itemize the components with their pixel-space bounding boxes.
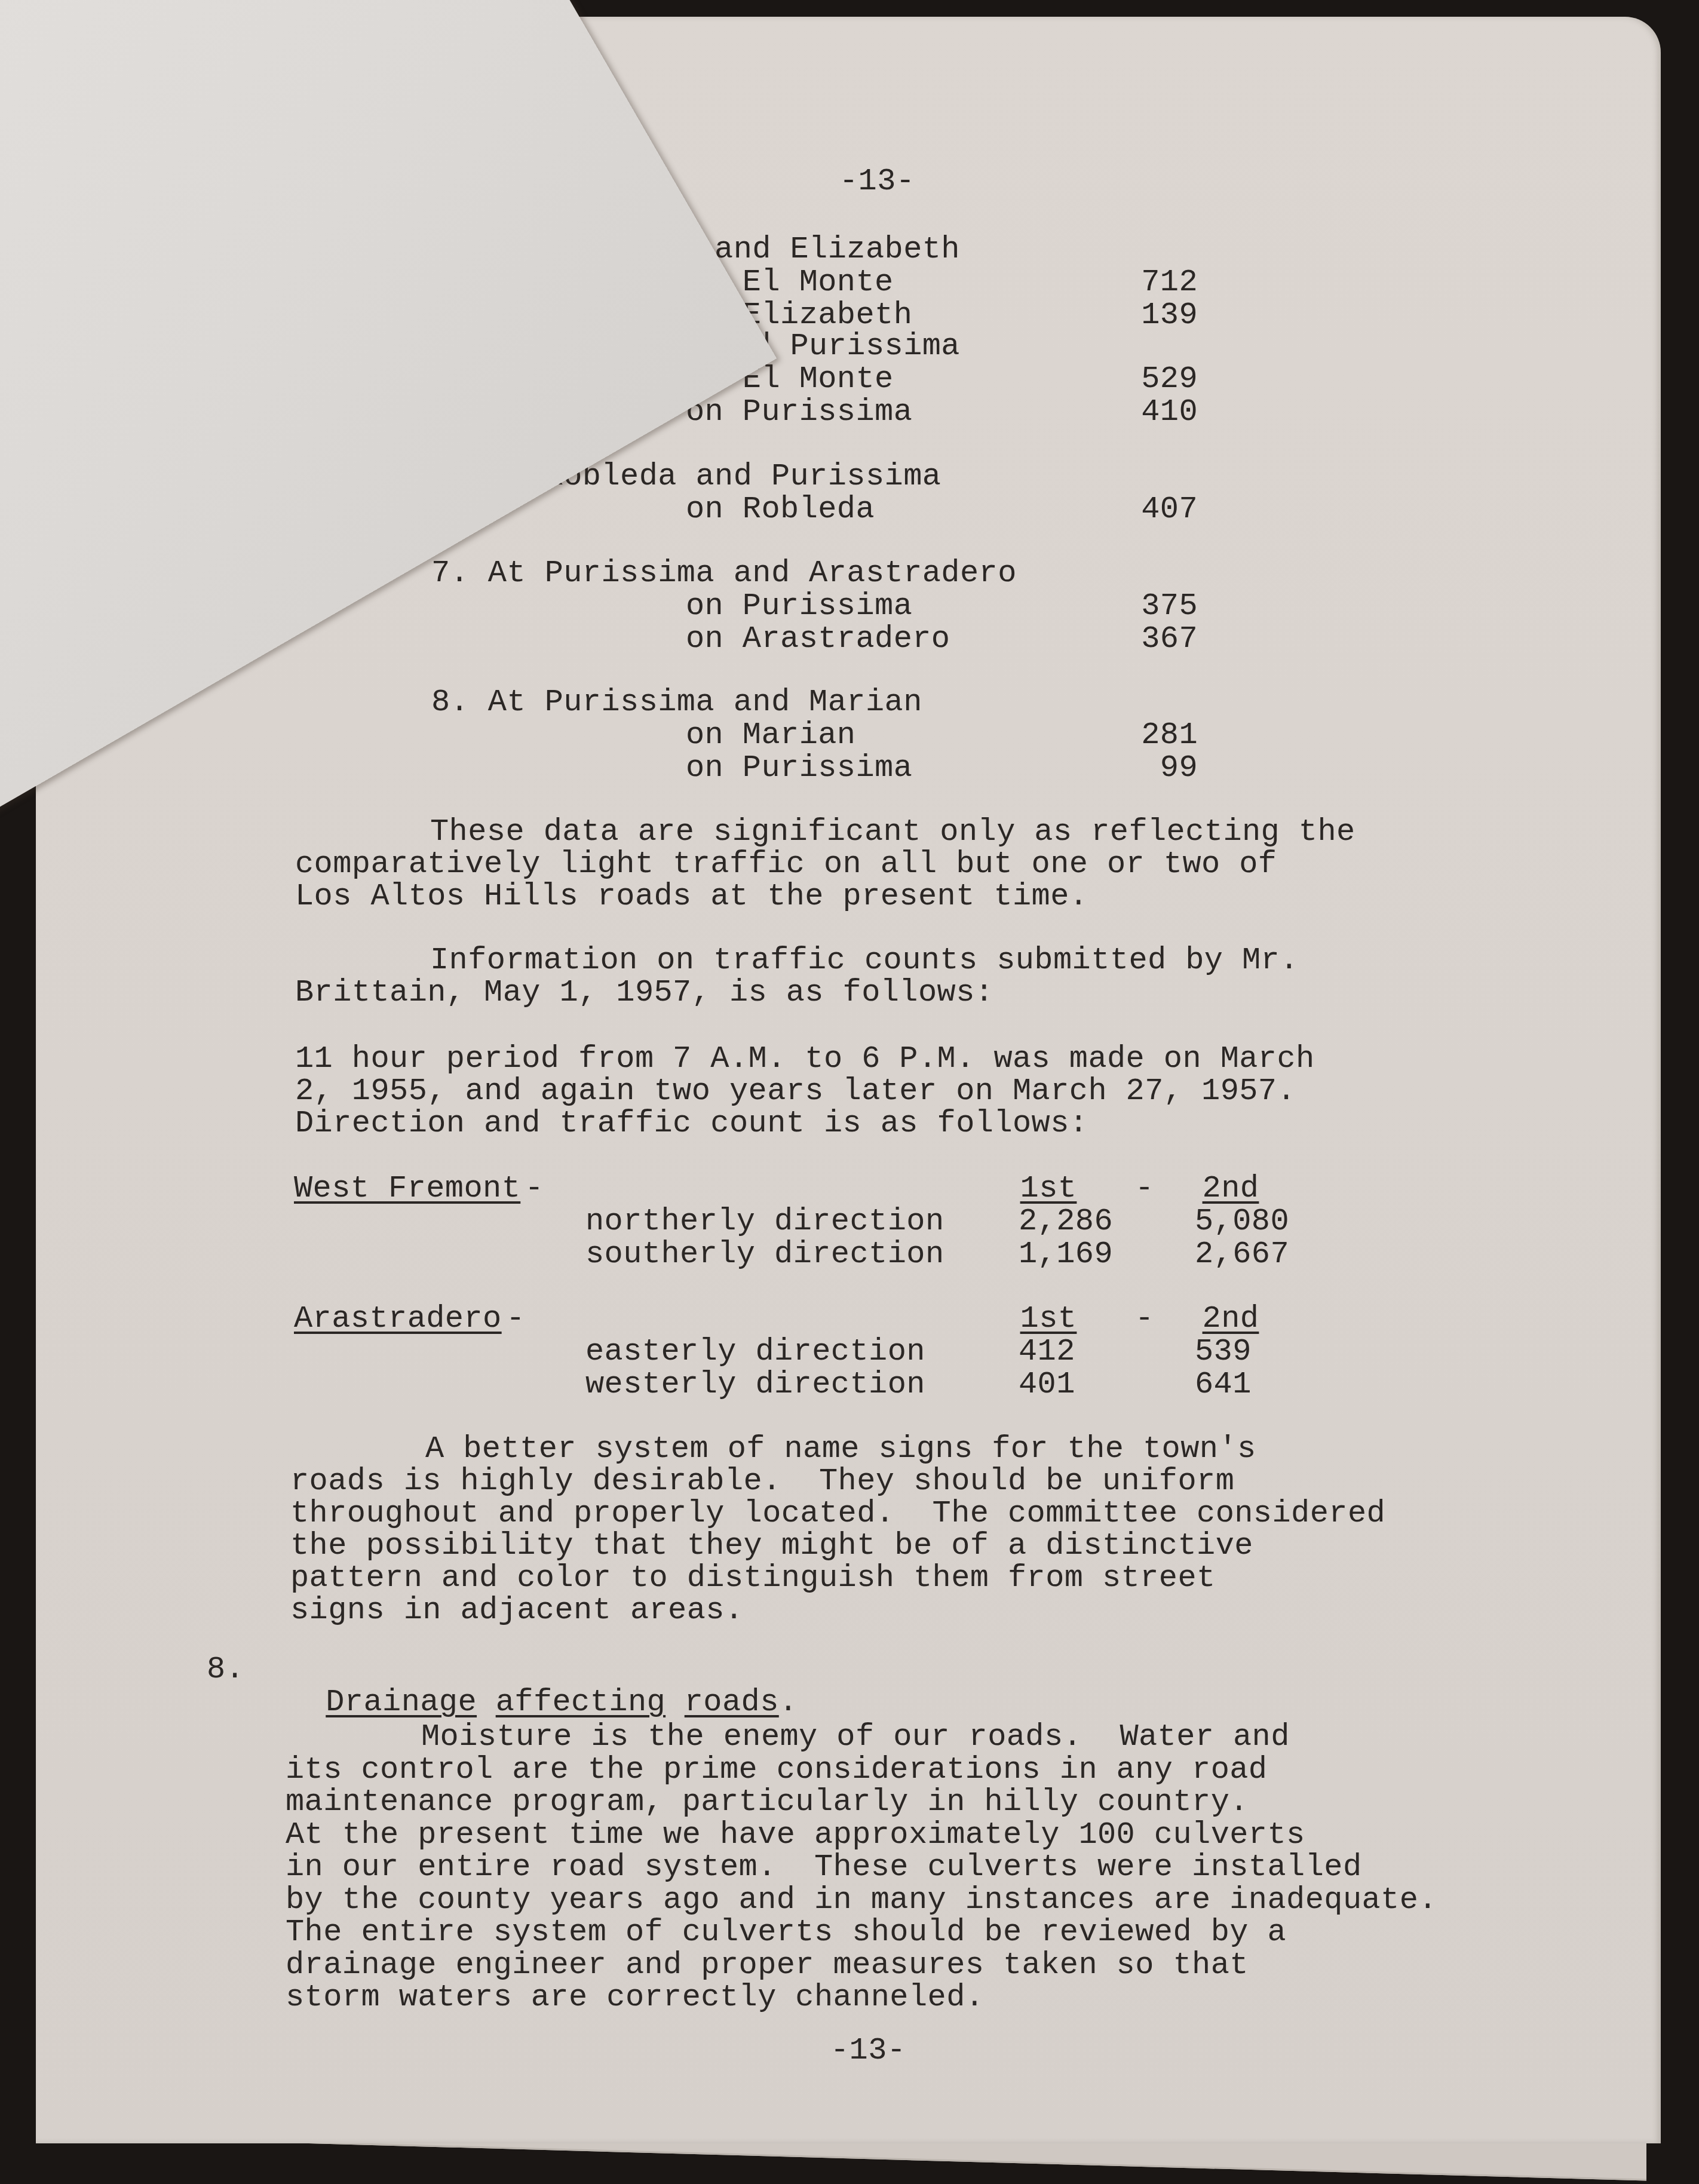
table-direction: westerly direction <box>585 1368 925 1401</box>
count-period-line: Direction and traffic count is as follow… <box>295 1107 1088 1140</box>
table-first-count: 1,169 <box>1019 1238 1113 1271</box>
table-col-1st-header: 1st <box>992 1302 1105 1335</box>
significance-line: comparatively light traffic on all but o… <box>295 848 1277 881</box>
count-value: 99 <box>1078 751 1198 784</box>
table-road-name: Arastradero <box>294 1302 502 1335</box>
count-value: 375 <box>1078 590 1198 622</box>
table-road-dash: - <box>506 1302 525 1335</box>
drainage-line: drainage engineer and proper measures ta… <box>286 1949 1249 1981</box>
count-value: 712 <box>1078 266 1198 299</box>
name-signs-line: signs in adjacent areas. <box>290 1594 744 1627</box>
traffic-info-line: Information on traffic counts submitted … <box>430 944 1299 977</box>
significance-line: Los Altos Hills roads at the present tim… <box>295 880 1088 913</box>
section-8-title-word-3: roads <box>685 1685 779 1720</box>
count-value: 410 <box>1078 395 1198 428</box>
count-value: 529 <box>1078 363 1198 395</box>
traffic-info-line: Brittain, May 1, 1957, is as follows: <box>295 976 993 1009</box>
count-road: on Purissima <box>686 590 912 622</box>
table-col-2nd-header: 2nd <box>1174 1172 1287 1205</box>
count-value: 367 <box>1078 622 1198 655</box>
table-col-2nd-header: 2nd <box>1174 1302 1287 1335</box>
drainage-line: maintenance program, particularly in hil… <box>286 1786 1249 1818</box>
drainage-line: its control are the prime considerations… <box>286 1753 1267 1786</box>
table-col-separator: - <box>1135 1302 1154 1335</box>
table-road-name: West Fremont <box>294 1172 520 1205</box>
name-signs-line: throughout and properly located. The com… <box>290 1497 1385 1530</box>
table-col-1st-header: 1st <box>992 1172 1105 1205</box>
intersection-label: 7. At Purissima and Arastradero <box>431 557 1017 590</box>
table-first-count: 401 <box>1019 1368 1075 1401</box>
name-signs-line: the possibility that they might be of a … <box>290 1529 1253 1562</box>
section-8-title-word-2: affecting <box>496 1685 666 1720</box>
drainage-line: by the county years ago and in many inst… <box>286 1884 1437 1916</box>
count-value: 281 <box>1078 719 1198 751</box>
significance-line: These data are significant only as refle… <box>430 815 1355 848</box>
name-signs-line: roads is highly desirable. They should b… <box>290 1465 1234 1498</box>
table-direction: southerly direction <box>585 1238 944 1271</box>
table-second-count: 539 <box>1195 1335 1252 1368</box>
table-direction: easterly direction <box>585 1335 925 1368</box>
table-second-count: 2,667 <box>1195 1238 1289 1271</box>
count-road: on Robleda <box>686 493 875 526</box>
section-8-title-word-1: Drainage <box>326 1685 477 1720</box>
drainage-line: in our entire road system. These culvert… <box>286 1851 1362 1884</box>
drainage-line: storm waters are correctly channeled. <box>286 1981 984 2014</box>
count-road: on Purissima <box>686 751 912 784</box>
table-direction: northerly direction <box>585 1205 944 1238</box>
drainage-line: Moisture is the enemy of our roads. Wate… <box>421 1720 1290 1753</box>
table-col-separator: - <box>1135 1172 1154 1205</box>
section-8-number: 8. <box>207 1653 244 1686</box>
table-first-count: 412 <box>1019 1335 1075 1368</box>
count-road: on Marian <box>686 719 855 751</box>
table-second-count: 641 <box>1195 1368 1252 1401</box>
section-8-title-period: . <box>779 1685 798 1720</box>
count-period-line: 11 hour period from 7 A.M. to 6 P.M. was… <box>295 1042 1315 1075</box>
count-road: on Arastradero <box>686 622 950 655</box>
section-8-title: Drainage affecting roads. <box>288 1653 798 1719</box>
table-second-count: 5,080 <box>1195 1205 1289 1238</box>
count-value: 139 <box>1078 299 1198 332</box>
count-period-line: 2, 1955, and again two years later on Ma… <box>295 1075 1296 1108</box>
intersection-label: 8. At Purissima and Marian <box>431 686 922 719</box>
count-road: on Purissima <box>686 395 912 428</box>
table-road-dash: - <box>525 1172 544 1205</box>
drainage-line: At the present time we have approximatel… <box>286 1818 1305 1851</box>
page-number-bottom: -13- <box>830 2034 906 2067</box>
drainage-line: The entire system of culverts should be … <box>286 1916 1286 1949</box>
table-first-count: 2,286 <box>1019 1205 1113 1238</box>
count-value: 407 <box>1078 493 1198 526</box>
page-number-top: -13- <box>839 165 915 198</box>
name-signs-line: pattern and color to distinguish them fr… <box>290 1562 1216 1594</box>
name-signs-line: A better system of name signs for the to… <box>425 1433 1256 1465</box>
